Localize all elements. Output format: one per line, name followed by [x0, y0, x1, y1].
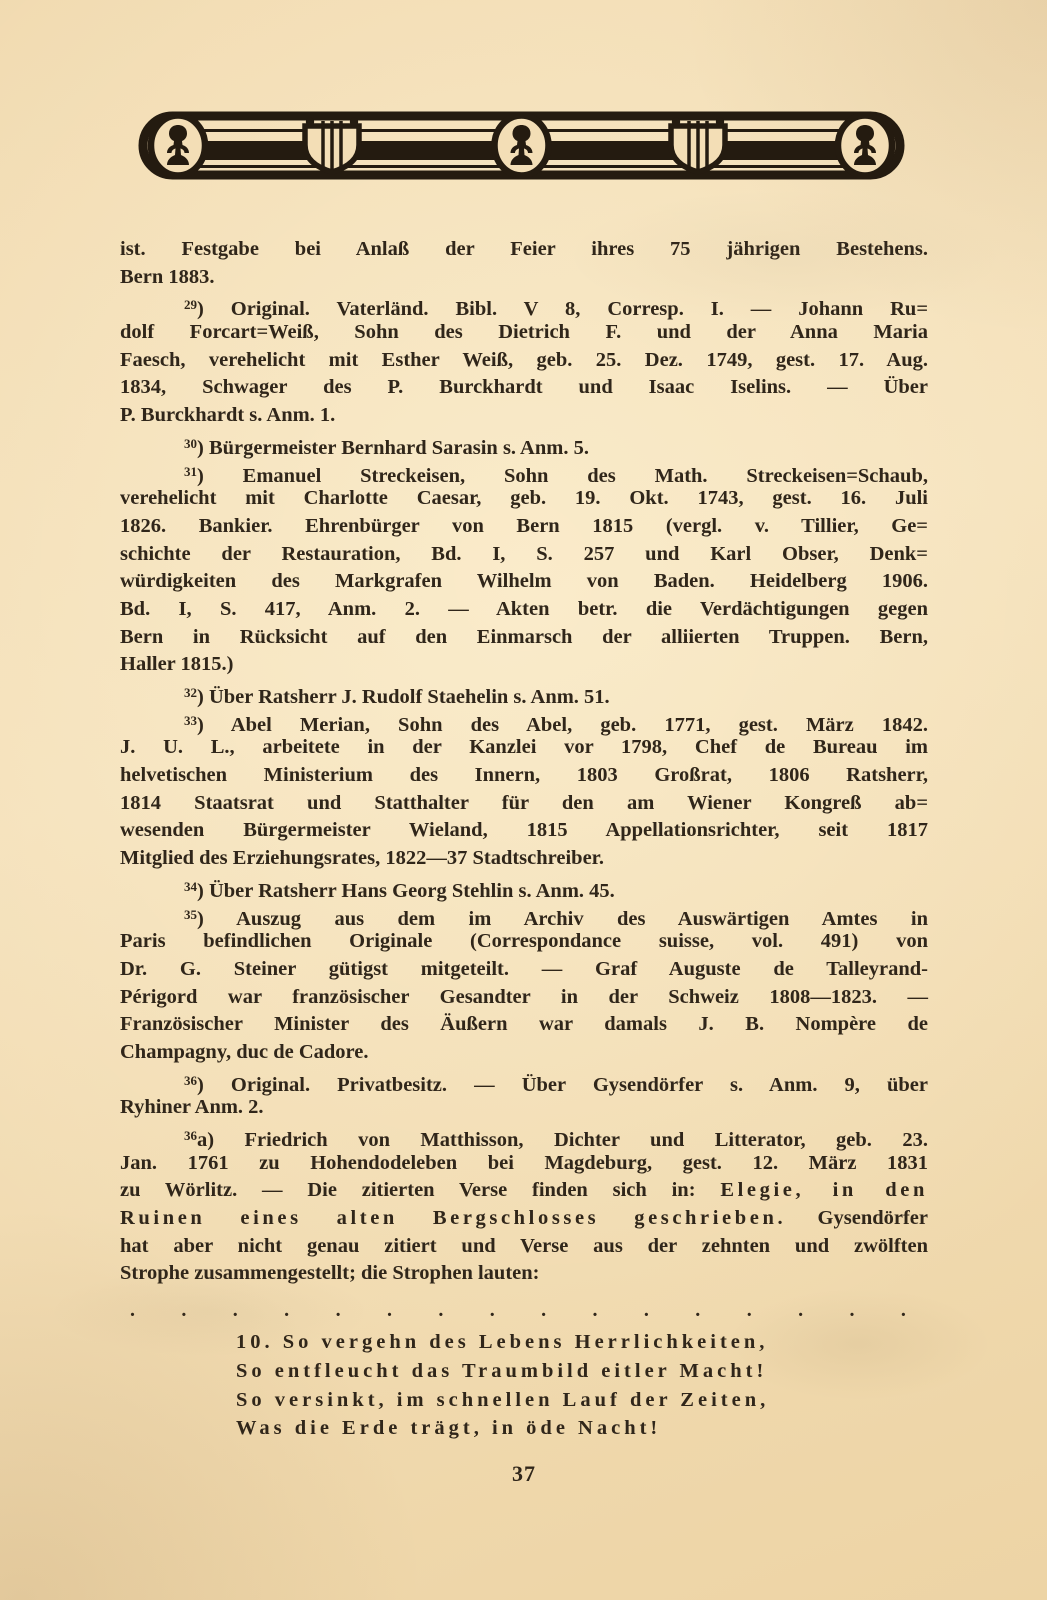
ornament-band: [138, 108, 905, 184]
text-segment: ) Auszug aus dem im Archiv des Auswärtig…: [197, 908, 928, 930]
separator-dot: .: [130, 1299, 135, 1322]
footnotes-text-block: ist. Festgabe bei Anlaß der Feier ihres …: [120, 236, 928, 1288]
text-line: 34) Über Ratsherr Hans Georg Stehlin s. …: [120, 873, 928, 901]
basel-staff-medallion-icon: [838, 116, 892, 176]
text-line: Dr. G. Steiner gütigst mitgeteilt. — Gra…: [120, 956, 928, 984]
text-segment: ) Abel Merian, Sohn des Abel, geb. 1771,…: [197, 714, 928, 736]
text-segment: ) Über Ratsherr Hans Georg Stehlin s. An…: [197, 880, 615, 902]
separator-dot: .: [695, 1299, 700, 1322]
text-line: Ryhiner Anm. 2.: [120, 1094, 928, 1122]
text-segment: Ryhiner Anm. 2.: [120, 1096, 264, 1118]
footnote-marker: 29: [184, 297, 197, 312]
text-line: ist. Festgabe bei Anlaß der Feier ihres …: [120, 236, 928, 264]
text-line: Bd. I, S. 417, Anm. 2. — Akten betr. die…: [120, 596, 928, 624]
text-line: dolf Forcart=Weiß, Sohn des Dietrich F. …: [120, 319, 928, 347]
text-segment: ) Emanuel Streckeisen, Sohn des Math. St…: [197, 465, 928, 487]
text-segment: Jan. 1761 zu Hohendodeleben bei Magdebur…: [120, 1152, 928, 1174]
text-segment: würdigkeiten des Markgrafen Wilhelm von …: [120, 570, 928, 592]
text-line: 29) Original. Vaterländ. Bibl. V 8, Corr…: [120, 291, 928, 319]
text-segment: Haller 1815.): [120, 653, 234, 675]
separator-dot: .: [644, 1299, 649, 1322]
ellipsis-separator: ................: [130, 1299, 906, 1322]
text-line: 32) Über Ratsherr J. Rudolf Staehelin s.…: [120, 679, 928, 707]
emphasized-text: Ruinen eines alten Bergschlosses geschri…: [120, 1207, 786, 1229]
text-segment: Mitglied des Erziehungsrates, 1822—37 St…: [120, 847, 604, 869]
text-line: Bern in Rücksicht auf den Einmarsch der …: [120, 624, 928, 652]
text-line: 1826. Bankier. Ehrenbürger von Bern 1815…: [120, 513, 928, 541]
page-number: 37: [120, 1461, 928, 1487]
text-segment: dolf Forcart=Weiß, Sohn des Dietrich F. …: [120, 321, 928, 343]
text-line: Ruinen eines alten Bergschlosses geschri…: [120, 1205, 928, 1233]
text-line: zu Wörlitz. — Die zitierten Verse finden…: [120, 1177, 928, 1205]
text-segment: wesenden Bürgermeister Wieland, 1815 App…: [120, 819, 928, 841]
text-segment: ) Original. Vaterländ. Bibl. V 8, Corres…: [197, 298, 928, 320]
separator-dot: .: [284, 1299, 289, 1322]
separator-dot: .: [490, 1299, 495, 1322]
text-line: verehelicht mit Charlotte Caesar, geb. 1…: [120, 485, 928, 513]
text-segment: Strophe zusammengestellt; die Strophen l…: [120, 1262, 540, 1284]
text-segment: hat aber nicht genau zitiert und Verse a…: [120, 1235, 928, 1257]
footnote-marker: 36: [184, 1073, 197, 1088]
separator-dot: .: [901, 1299, 906, 1322]
separator-dot: .: [438, 1299, 443, 1322]
shield-icon: [305, 118, 359, 172]
emphasized-text: Elegie, in den: [720, 1179, 928, 1201]
verse-line: So entfleucht das Traumbild eitler Macht…: [236, 1357, 769, 1386]
footnote-marker: 32: [184, 685, 197, 700]
verse-block: 10. So vergehn des Lebens Herrlichkeiten…: [236, 1328, 769, 1443]
text-line: Jan. 1761 zu Hohendodeleben bei Magdebur…: [120, 1150, 928, 1178]
text-line: 33) Abel Merian, Sohn des Abel, geb. 177…: [120, 707, 928, 735]
text-segment: Champagny, duc de Cadore.: [120, 1041, 369, 1063]
footnote-marker: 31: [184, 464, 197, 479]
text-line: schichte der Restauration, Bd. I, S. 257…: [120, 541, 928, 569]
text-segment: ) Original. Privatbesitz. — Über Gysendö…: [197, 1074, 928, 1096]
text-segment: 1834, Schwager des P. Burckhardt und Isa…: [120, 376, 928, 398]
text-line: Faesch, verehelicht mit Esther Weiß, geb…: [120, 347, 928, 375]
separator-dot: .: [233, 1299, 238, 1322]
text-segment: Französischer Minister des Äußern war da…: [120, 1013, 928, 1035]
text-segment: Dr. G. Steiner gütigst mitgeteilt. — Gra…: [120, 958, 928, 980]
footnote-marker: 36: [184, 1128, 197, 1143]
text-line: Haller 1815.): [120, 651, 928, 679]
footnote-marker: 34: [184, 879, 197, 894]
text-line: Bern 1883.: [120, 264, 928, 292]
basel-staff-medallion-icon: [151, 116, 205, 176]
footnote-marker: 30: [184, 436, 197, 451]
text-segment: Paris befindlichen Originale (Correspond…: [120, 930, 928, 952]
text-line: J. U. L., arbeitete in der Kanzlei vor 1…: [120, 734, 928, 762]
text-line: 31) Emanuel Streckeisen, Sohn des Math. …: [120, 458, 928, 486]
text-segment: Périgord war französischer Gesandter in …: [120, 986, 928, 1008]
text-line: 1814 Staatsrat und Statthalter für den a…: [120, 790, 928, 818]
text-line: 1834, Schwager des P. Burckhardt und Isa…: [120, 374, 928, 402]
text-line: 36) Original. Privatbesitz. — Über Gysen…: [120, 1067, 928, 1095]
text-segment: Bern 1883.: [120, 266, 215, 288]
text-line: 35) Auszug aus dem im Archiv des Auswärt…: [120, 901, 928, 929]
verse-line: So versinkt, im schnellen Lauf der Zeite…: [236, 1386, 769, 1415]
text-line: wesenden Bürgermeister Wieland, 1815 App…: [120, 817, 928, 845]
text-line: helvetischen Ministerium des Innern, 180…: [120, 762, 928, 790]
separator-dot: .: [336, 1299, 341, 1322]
text-segment: P. Burckhardt s. Anm. 1.: [120, 404, 335, 426]
text-line: Champagny, duc de Cadore.: [120, 1039, 928, 1067]
text-line: Strophe zusammengestellt; die Strophen l…: [120, 1260, 928, 1288]
shield-icon: [671, 118, 725, 172]
text-segment: verehelicht mit Charlotte Caesar, geb. 1…: [120, 487, 928, 509]
book-page: ist. Festgabe bei Anlaß der Feier ihres …: [0, 0, 1047, 1600]
text-line: Französischer Minister des Äußern war da…: [120, 1011, 928, 1039]
separator-dot: .: [541, 1299, 546, 1322]
verse-line: 10. So vergehn des Lebens Herrlichkeiten…: [236, 1328, 769, 1357]
footnote-marker: 35: [184, 907, 197, 922]
text-line: 36a) Friedrich von Matthisson, Dichter u…: [120, 1122, 928, 1150]
text-segment: Gysendörfer: [786, 1207, 928, 1229]
text-segment: Faesch, verehelicht mit Esther Weiß, geb…: [120, 349, 928, 371]
verse-line: Was die Erde trägt, in öde Nacht!: [236, 1414, 769, 1443]
text-segment: 1826. Bankier. Ehrenbürger von Bern 1815…: [120, 515, 928, 537]
text-segment: schichte der Restauration, Bd. I, S. 257…: [120, 543, 928, 565]
text-segment: helvetischen Ministerium des Innern, 180…: [120, 764, 928, 786]
text-segment: a) Friedrich von Matthisson, Dichter und…: [197, 1129, 928, 1151]
text-line: hat aber nicht genau zitiert und Verse a…: [120, 1233, 928, 1261]
separator-dot: .: [181, 1299, 186, 1322]
text-segment: Bern in Rücksicht auf den Einmarsch der …: [120, 626, 928, 648]
separator-dot: .: [593, 1299, 598, 1322]
text-segment: J. U. L., arbeitete in der Kanzlei vor 1…: [120, 736, 928, 758]
text-line: 30) Bürgermeister Bernhard Sarasin s. An…: [120, 430, 928, 458]
separator-dot: .: [387, 1299, 392, 1322]
text-segment: ) Bürgermeister Bernhard Sarasin s. Anm.…: [197, 437, 589, 459]
text-line: Paris befindlichen Originale (Correspond…: [120, 928, 928, 956]
text-segment: 1814 Staatsrat und Statthalter für den a…: [120, 792, 928, 814]
separator-dot: .: [798, 1299, 803, 1322]
text-segment: zu Wörlitz. — Die zitierten Verse finden…: [120, 1179, 720, 1201]
text-segment: ) Über Ratsherr J. Rudolf Staehelin s. A…: [197, 686, 610, 708]
text-line: Périgord war französischer Gesandter in …: [120, 984, 928, 1012]
footnote-marker: 33: [184, 713, 197, 728]
text-line: Mitglied des Erziehungsrates, 1822—37 St…: [120, 845, 928, 873]
separator-dot: .: [849, 1299, 854, 1322]
text-line: würdigkeiten des Markgrafen Wilhelm von …: [120, 568, 928, 596]
basel-staff-medallion-icon: [495, 116, 549, 176]
separator-dot: .: [747, 1299, 752, 1322]
text-segment: Bd. I, S. 417, Anm. 2. — Akten betr. die…: [120, 598, 928, 620]
text-line: P. Burckhardt s. Anm. 1.: [120, 402, 928, 430]
text-segment: ist. Festgabe bei Anlaß der Feier ihres …: [120, 238, 928, 260]
